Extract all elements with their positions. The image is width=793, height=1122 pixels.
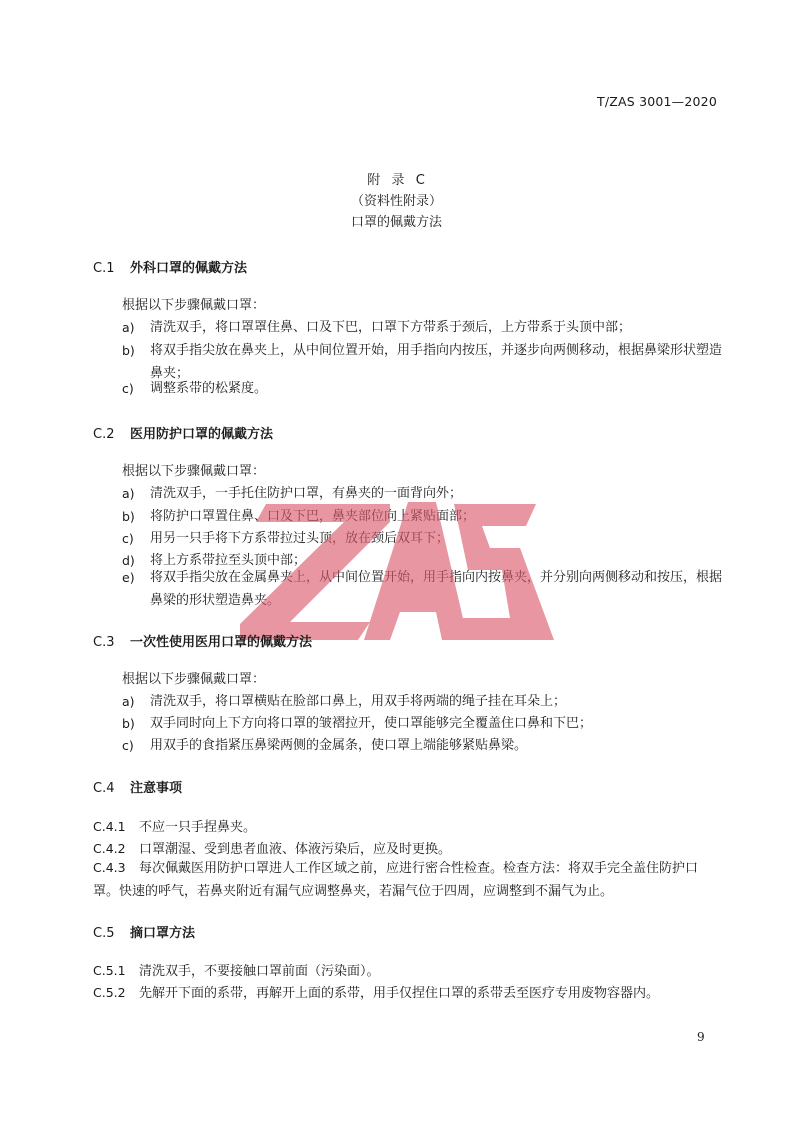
list-item: c)用另一只手将下方系带拉过头顶，放在颈后双耳下； <box>122 527 722 550</box>
clause: C.5.2先解开下面的系带，再解开上面的系带，用手仅捏住口罩的系带丢至医疗专用废… <box>93 981 723 1005</box>
section-number: C.4 <box>93 781 130 796</box>
list-item: a)清洗双手，一手托住防护口罩，有鼻夹的一面背向外； <box>122 482 722 505</box>
list-item: e)将双手指尖放在金属鼻夹上，从中间位置开始，用手指向内按鼻夹，并分别向两侧移动… <box>122 566 722 612</box>
section-c1-intro: 根据以下步骤佩戴口罩： <box>122 294 265 317</box>
section-number: C.1 <box>93 261 130 276</box>
section-c3-intro: 根据以下步骤佩戴口罩： <box>122 668 265 691</box>
section-c1-title: C.1外科口罩的佩戴方法 <box>93 257 247 276</box>
list-item: c)用双手的食指紧压鼻梁两侧的金属条，使口罩上端能够紧贴鼻梁。 <box>122 734 722 757</box>
list-item: a)清洗双手，将口罩横贴在脸部口鼻上，用双手将两端的绳子挂在耳朵上； <box>122 690 722 713</box>
section-c2-title: C.2医用防护口罩的佩戴方法 <box>93 423 273 442</box>
clause: C.4.3每次佩戴医用防护口罩进人工作区域之前，应进行密合性检查。检查方法：将双… <box>93 856 723 903</box>
list-item: b)双手同时向上下方向将口罩的皱褶拉开，使口罩能够完全覆盖住口鼻和下巴； <box>122 712 722 735</box>
section-title: 外科口罩的佩戴方法 <box>130 261 247 276</box>
clause: C.4.1不应一只手捏鼻夹。 <box>93 815 723 839</box>
list-item: c)调整系带的松紧度。 <box>122 377 722 400</box>
standard-code: T/ZAS 3001—2020 <box>597 94 717 109</box>
appendix-title: 口罩的佩戴方法 <box>0 212 793 233</box>
section-c3-title: C.3一次性使用医用口罩的佩戴方法 <box>93 631 312 650</box>
section-c4-title: C.4注意事项 <box>93 777 182 796</box>
section-title: 注意事项 <box>130 781 182 796</box>
section-number: C.2 <box>93 427 130 442</box>
list-item: a)清洗双手，将口罩罩住鼻、口及下巴，口罩下方带系于颈后，上方带系于头顶中部； <box>122 316 722 339</box>
list-item: b)将防护口罩置住鼻、口及下巴，鼻夹部位向上紧贴面部； <box>122 505 722 528</box>
section-c2-intro: 根据以下步骤佩戴口罩： <box>122 460 265 483</box>
appendix-label: 附 录 C <box>0 170 793 191</box>
section-title: 医用防护口罩的佩戴方法 <box>130 427 273 442</box>
page-number: 9 <box>697 1030 705 1044</box>
appendix-heading: 附 录 C （资料性附录） 口罩的佩戴方法 <box>0 170 793 233</box>
clause: C.5.1清洗双手，不要接触口罩前面（污染面）。 <box>93 959 723 983</box>
section-title: 摘口罩方法 <box>130 926 195 941</box>
appendix-type: （资料性附录） <box>0 191 793 212</box>
section-title: 一次性使用医用口罩的佩戴方法 <box>130 635 312 650</box>
section-number: C.5 <box>93 926 130 941</box>
section-number: C.3 <box>93 635 130 650</box>
section-c5-title: C.5摘口罩方法 <box>93 922 195 941</box>
